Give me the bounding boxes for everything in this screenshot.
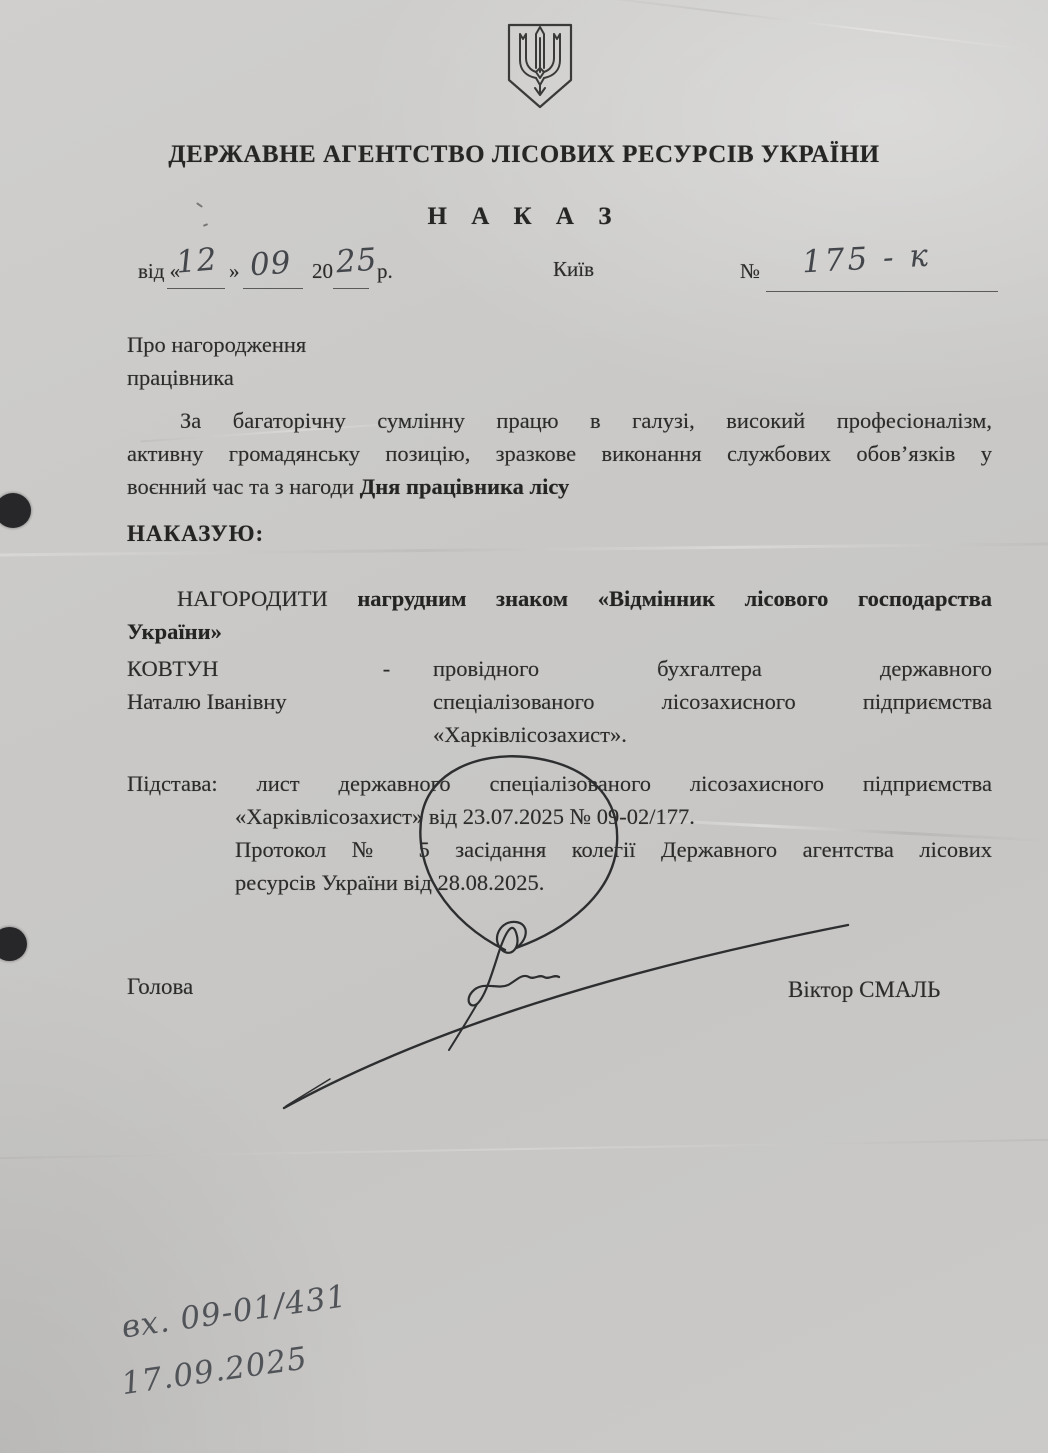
handwritten-order-number: 175 - к [801,238,932,281]
basis-text: лист державного спеціалізованого лісозах… [257,771,992,796]
subject-line: Про нагородження [127,328,527,361]
preamble-regular-text: воєнний час та з нагоди [127,474,360,499]
basis-line: Протокол № 5 засідання колегії Державног… [235,833,992,866]
subject-line: працівника [127,361,527,394]
scanned-order-document: ДЕРЖАВНЕ АГЕНТСТВО ЛІСОВИХ РЕСУРСІВ УКРА… [0,0,1048,1453]
number-underline [766,291,998,292]
basis-line: ресурсів України від 28.08.2025. [235,866,992,899]
agency-title: ДЕРЖАВНЕ АГЕНТСТВО ЛІСОВИХ РЕСУРСІВ УКРА… [0,141,1048,169]
subject-block: Про нагородження працівника [127,328,527,394]
recipient-given-name: Наталю Іванівну [127,685,340,718]
year-label: р. [377,259,393,284]
preamble-bold-text: Дня працівника лісу [360,474,570,499]
punch-hole-top [0,493,31,528]
preamble-line: воєнний час та з нагоди Дня працівника л… [127,470,992,503]
award-line: НАГОРОДИТИ нагрудним знаком «Відмінник л… [127,582,992,615]
preamble-line: За багаторічну сумлінну працю в галузі, … [127,404,992,437]
recipient-name-column: КОВТУН Наталю Іванівну [127,652,340,751]
paper-crease [0,1139,1048,1159]
handwritten-month: 09 [249,245,293,284]
ukraine-trident-emblem-icon [503,22,577,110]
recipient-surname: КОВТУН [127,652,340,685]
award-clause: НАГОРОДИТИ нагрудним знаком «Відмінник л… [127,582,992,648]
preamble-line: активну громадянську позицію, зразкове в… [127,437,992,470]
signer-title: Голова [127,974,193,1000]
preamble-paragraph: За багаторічну сумлінну працю в галузі, … [127,404,992,503]
month-underline [243,288,303,289]
position-line: «Харківлісозахист». [433,718,992,751]
year-prefix: 20 [312,259,333,284]
recipient-block: КОВТУН Наталю Іванівну - провідного бухг… [127,652,992,751]
basis-label: Підстава: [127,771,218,796]
recipient-dash: - [340,652,433,751]
day-underline [167,288,225,289]
paper-crease [562,0,1029,51]
basis-block: Підстава: лист державного спеціалізовано… [127,767,992,899]
number-sign: № [740,259,760,284]
basis-line: «Харківлісозахист» від 23.07.2025 № 09-0… [235,800,992,833]
registration-note: вх. 09-01/431 17.09.2025 [118,1268,359,1411]
award-line: України» [127,615,992,648]
date-from-label: від « [138,259,180,284]
handwritten-year: 25 [335,242,379,281]
recipient-position-column: провідного бухгалтера державного спеціал… [433,652,992,751]
award-bold-text: нагрудним знаком «Відмінник лісового гос… [357,586,992,611]
year-underline [333,288,369,289]
award-caps-word: НАГОРОДИТИ [177,586,328,611]
city-label: Київ [553,257,594,282]
punch-hole-bottom [0,927,27,961]
document-type-title: Н А К А З [0,203,1048,231]
basis-line: Підстава: лист державного спеціалізовано… [127,767,992,800]
position-line: спеціалізованого лісозахисного підприємс… [433,685,992,718]
position-line: провідного бухгалтера державного [433,652,992,685]
order-word: НАКАЗУЮ: [127,521,264,547]
handwritten-day: 12 [175,241,219,280]
signer-name: Віктор СМАЛЬ [788,977,940,1003]
date-close-quote: » [229,259,240,284]
